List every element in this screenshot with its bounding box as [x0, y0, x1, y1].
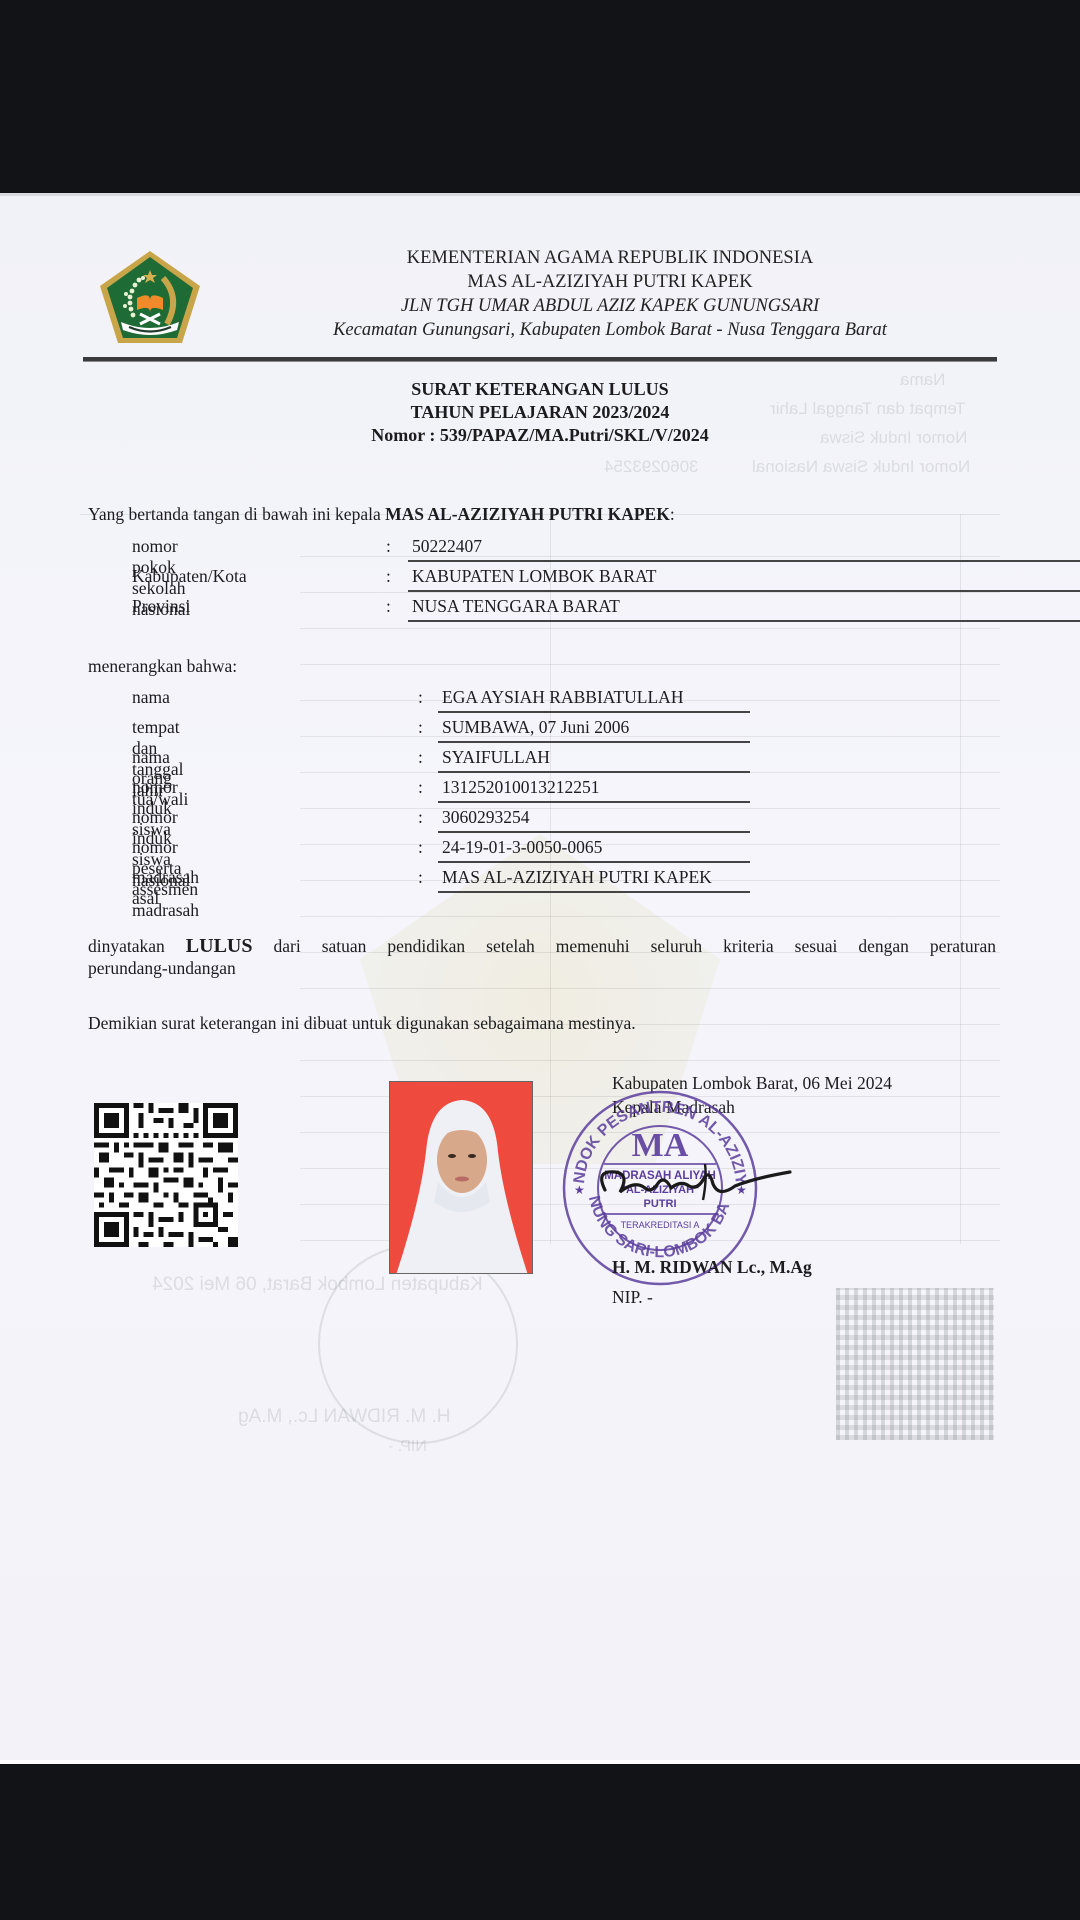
field-colon: :: [418, 717, 423, 738]
signer-name: H. M. RIDWAN Lc., M.Ag: [612, 1257, 812, 1278]
field-value: 50222407: [408, 536, 1080, 562]
field-label: Provinsi: [132, 596, 190, 617]
field-value: 131252010013212251: [438, 777, 750, 803]
student-portrait-icon: [390, 1082, 533, 1274]
field-colon: :: [386, 596, 391, 617]
field-value: MAS AL-AZIZIYAH PUTRI KAPEK: [438, 867, 750, 893]
field-label: madrasah asal: [132, 867, 199, 909]
field-label: Kabupaten/Kota: [132, 566, 247, 587]
statement-rest: dari satuan pendidikan setelah memenuhi …: [273, 936, 996, 956]
document-number: Nomor : 539/PAPAZ/MA.Putri/SKL/V/2024: [300, 424, 780, 447]
ministry-name: KEMENTERIAN AGAMA REPUBLIK INDONESIA: [270, 246, 950, 270]
intro-text: Yang bertanda tangan di bawah ini kepala: [88, 504, 381, 524]
ghost-label: Tempat dan Tanggal Lahir: [770, 399, 965, 419]
field-value: EGA AYSIAH RABBIATULLAH: [438, 687, 750, 713]
field-colon: :: [418, 867, 423, 888]
ghost-place-date: Kabupaten Lombok Barat, 06 Mei 2024: [152, 1274, 483, 1296]
page-edge: [0, 1760, 1080, 1764]
intro-school: MAS AL-AZIZIYAH PUTRI KAPEK: [385, 504, 670, 524]
svg-text:TERAKREDITASI A: TERAKREDITASI A: [621, 1220, 700, 1230]
field-label: nama: [132, 687, 170, 708]
title-line-2: TAHUN PELAJARAN 2023/2024: [300, 401, 780, 424]
kementerian-agama-emblem-icon: [97, 248, 203, 346]
menerangkan-label: menerangkan bahwa:: [88, 656, 237, 677]
field-value: NUSA TENGGARA BARAT: [408, 596, 1080, 622]
graduation-status: LULUS: [186, 935, 253, 957]
field-value: SUMBAWA, 07 Juni 2006: [438, 717, 750, 743]
intro-sentence: Yang bertanda tangan di bawah ini kepala…: [88, 504, 675, 525]
page-edge: [0, 193, 1080, 196]
ghost-rule: [300, 916, 1000, 917]
ghost-qr-code: [836, 1288, 994, 1440]
ghost-rule: [300, 988, 1000, 989]
field-value: 24-19-01-3-0050-0065: [438, 837, 750, 863]
statement-line-2: perundang-undangan: [88, 958, 236, 979]
field-value: KABUPATEN LOMBOK BARAT: [408, 566, 1080, 592]
closing-sentence: Demikian surat keterangan ini dibuat unt…: [88, 1013, 636, 1034]
ghost-rule: [300, 1060, 1000, 1061]
field-colon: :: [418, 747, 423, 768]
field-colon: :: [386, 536, 391, 557]
svg-text:★: ★: [574, 1183, 585, 1197]
field-value: SYAIFULLAH: [438, 747, 750, 773]
school-address: JLN TGH UMAR ABDUL AZIZ KAPEK GUNUNGSARI: [270, 294, 950, 318]
signature-icon: [585, 1150, 795, 1210]
field-colon: :: [418, 837, 423, 858]
ghost-value: 3060293254: [604, 457, 699, 477]
signer-nip: NIP. -: [612, 1287, 653, 1308]
graduation-statement: dinyatakan LULUS dari satuan pendidikan …: [88, 934, 996, 958]
field-colon: :: [386, 566, 391, 587]
ghost-rule: [960, 514, 961, 1244]
school-region: Kecamatan Gunungsari, Kabupaten Lombok B…: [270, 318, 950, 342]
letterhead-divider: [83, 357, 997, 362]
document-title: SURAT KETERANGAN LULUS TAHUN PELAJARAN 2…: [300, 378, 780, 447]
intro-suffix: :: [670, 504, 675, 524]
field-colon: :: [418, 807, 423, 828]
school-name: MAS AL-AZIZIYAH PUTRI KAPEK: [270, 270, 950, 294]
field-colon: :: [418, 687, 423, 708]
field-value: 3060293254: [438, 807, 750, 833]
ghost-name: H. M. RIDWAN Lc., M.Ag: [238, 1406, 451, 1428]
ghost-label: Nomor Induk Siswa Nasional: [752, 457, 970, 477]
ghost-nip: NIP. -: [388, 1438, 427, 1456]
ghost-label: Nama: [900, 370, 945, 390]
ghost-rule: [300, 664, 1000, 665]
letterhead: KEMENTERIAN AGAMA REPUBLIK INDONESIA MAS…: [270, 246, 950, 342]
ghost-rule: [300, 592, 1000, 593]
field-colon: :: [418, 777, 423, 798]
ghost-label: Nomor Induk Siswa: [820, 428, 967, 448]
ghost-rule: [300, 628, 1000, 629]
title-line-1: SURAT KETERANGAN LULUS: [300, 378, 780, 401]
statement-prefix: dinyatakan: [88, 936, 165, 956]
student-photo: [389, 1081, 533, 1274]
qr-code-icon: [94, 1103, 238, 1247]
